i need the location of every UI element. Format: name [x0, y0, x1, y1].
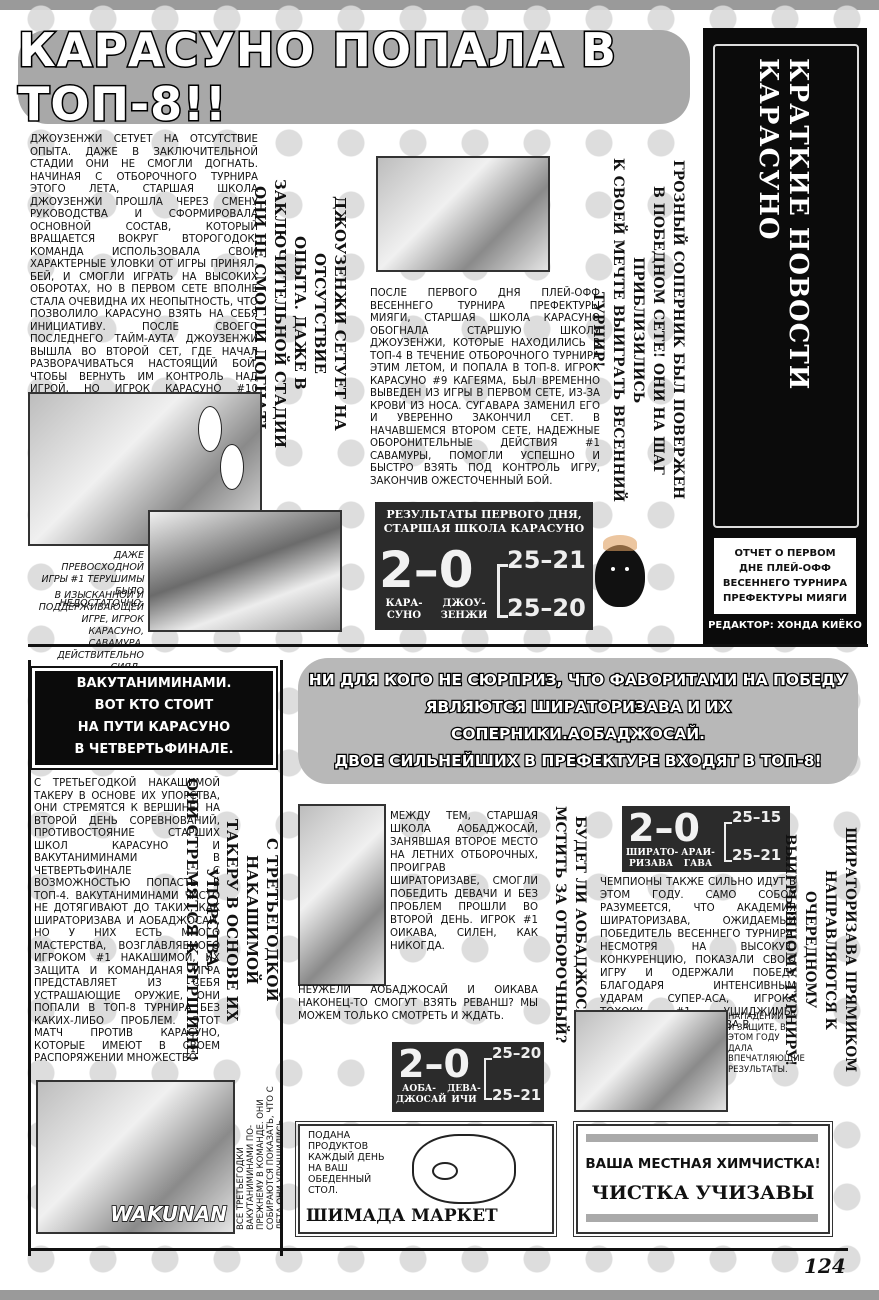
- headline-banner: КАРАСУНО ПОПАЛА В ТОП-8!!: [18, 30, 690, 124]
- speech-bubble: [220, 444, 244, 490]
- ad-shimada-market: Подана продуктов каждый день на ваш обед…: [298, 1124, 554, 1234]
- cleaners-name: ЧИСТКА УЧИЗАВЫ: [578, 1182, 828, 1204]
- headline-line: ГРОЗНЫЙ СОПЕРНИК БЫЛ ПОВЕРЖЕН: [668, 135, 688, 525]
- pig-snout: [432, 1162, 458, 1180]
- aoba-body-2: Неужели Аобаджосай и Оикава наконец-то с…: [298, 984, 538, 1023]
- team-b-label: ДЖОУ- ЗЕНЖИ: [437, 598, 491, 622]
- wakunan-caption: Все третьегодки Вакутаниминами по-прежне…: [236, 1080, 276, 1230]
- team-label-line: ЗЕНЖИ: [437, 610, 491, 622]
- column-border-left: [28, 660, 31, 1256]
- favorites-banner: НИ ДЛЯ КОГО НЕ СЮРПРИЗ, ЧТО ФАВОРИТАМИ Н…: [298, 658, 858, 784]
- manga-panel-kageyama: [376, 156, 550, 272]
- set-bracket: [484, 1058, 492, 1100]
- report-box: ОТЧЕТ О ПЕРВОМ ДНЕ ПЛЕЙ-ОФФ ВЕСЕННЕГО ТУ…: [714, 538, 856, 614]
- scoreboard-title: РЕЗУЛЬТАТЫ ПЕРВОГО ДНЯ, СТАРШАЯ ШКОЛА КА…: [375, 502, 593, 536]
- team-label-line: АОБА-: [396, 1084, 442, 1095]
- report-line: ДНЕ ПЛЕЙ-ОФФ: [723, 561, 847, 576]
- cleaners-tagline: ВАША МЕСТНАЯ ХИМЧИСТКА!: [578, 1156, 828, 1172]
- market-name: ШИМАДА МАРКЕТ: [306, 1206, 498, 1226]
- box-line: ВОТ КТО СТОИТ: [35, 695, 273, 717]
- shira-vertical-headline: ШИРАТОРИЗАВА ПРЯМИКОМ НАПРАВЛЯЮТСЯ К ОЧЕ…: [796, 810, 860, 1090]
- aoba-body: Между тем, старшая школа Аобаджосай, зан…: [390, 810, 538, 953]
- headline-line: НАПРАВЛЯЮТСЯ К ОЧЕРЕДНОМУ: [800, 810, 840, 1090]
- headline-line: ОНИ СТРЕМЯТСЯ К ВЕРШИНЕ!: [182, 775, 202, 1065]
- team-a-label: КАРА- СУНО: [379, 598, 429, 622]
- set-score-2: 25–20: [507, 594, 586, 622]
- manga-panel-wakunan: WAKUNAN: [36, 1080, 235, 1234]
- banner-line: ЯВЛЯЮТСЯ ШИРАТОРИЗАВА И ИХ СОПЕРНИКИ.АОБ…: [425, 698, 730, 743]
- team-label-line: СУНО: [379, 610, 429, 622]
- shira-body: Чемпионы также сильно идут в этом году. …: [600, 876, 796, 1032]
- match-score: 2–0: [628, 806, 700, 850]
- aoba-scoreboard: 2–0 АОБА- ДЖОСАЙ ДЕВА- ИЧИ 25–20 25–21: [392, 1042, 544, 1112]
- team-label-line: ИЧИ: [444, 1095, 484, 1106]
- manga-panel-ushijima: [574, 1010, 728, 1112]
- headline-line: ОПЫТА. ДАЖЕ В ЗАКЛЮЧИТЕЛЬНОЙ СТАДИИ: [270, 148, 310, 478]
- set-score-1: 25–20: [492, 1044, 541, 1062]
- report-line: ОТЧЕТ О ПЕРВОМ: [723, 546, 847, 561]
- footer-divider: [28, 1248, 848, 1251]
- team-a-label: ШИРАТО- РИЗАВА: [626, 848, 676, 870]
- manga-panel-aobajosai: [298, 804, 386, 986]
- team-label-line: ДЖОУ-: [437, 598, 491, 610]
- top-gray-bar: [0, 0, 879, 10]
- headline-line: ШИРАТОРИЗАВА ПРЯМИКОМ: [840, 810, 860, 1090]
- pig-mascot-icon: [412, 1134, 516, 1204]
- wakutani-headline-box: ВАКУТАНИМИНАМИ. ВОТ КТО СТОИТ НА ПУТИ КА…: [32, 668, 276, 768]
- headline-line: ВЫИГРЫШНОМУ ТУРНИРУ!: [780, 810, 800, 1090]
- slogan-line: обеденный: [308, 1174, 385, 1185]
- section-divider: [28, 644, 868, 647]
- slogan-line: продуктов: [308, 1141, 385, 1152]
- set-bracket: [724, 822, 732, 862]
- set-score-1: 25–15: [732, 808, 781, 826]
- set-score-2: 25–21: [492, 1086, 541, 1104]
- headline-line: ТАКЕРУ В ОСНОВЕ ИХ УПОРСТВА,: [202, 775, 242, 1065]
- team-label-line: ДЕВА-: [444, 1084, 484, 1095]
- match-score: 2–0: [379, 542, 474, 598]
- crow-mascot-icon: [595, 545, 645, 607]
- team-b-label: АРАИ- ГАВА: [678, 848, 718, 870]
- sfx-wakunan: WAKUNAN: [110, 1202, 227, 1226]
- page-headline: КАРАСУНО ПОПАЛА В ТОП-8!!: [18, 23, 690, 131]
- team-label-line: ГАВА: [678, 859, 718, 870]
- headline-line: МСТИТЬ ЗА ОТБОРОЧНЫЙ?: [550, 800, 570, 1050]
- hair-tuft: [603, 535, 637, 551]
- slogan-line: Подана: [308, 1130, 385, 1141]
- box-line: ВАКУТАНИМИНАМИ.: [35, 673, 273, 695]
- scoreboard-title-line: СТАРШАЯ ШКОЛА КАРАСУНО: [375, 522, 593, 536]
- box-line: НА ПУТИ КАРАСУНО: [35, 717, 273, 739]
- article2-body: После первого дня плей-офф весеннего тур…: [370, 288, 600, 488]
- ad-stripe: [586, 1134, 818, 1142]
- team-label-line: РИЗАВА: [626, 859, 676, 870]
- caption-sawamura: В изысканной и поддерживающей игре, игро…: [34, 590, 144, 674]
- headline-line: В ПОБЕДНОМ СЕТЕ! ОНИ НА ШАГ ПРИБЛИЗИЛИСЬ: [628, 135, 668, 525]
- team-label-line: АРАИ-: [678, 848, 718, 859]
- bottom-gray-bar: [0, 1290, 879, 1300]
- report-line: ПРЕФЕКТУРЫ МИЯГИ: [723, 591, 847, 606]
- report-line: ВЕСЕННЕГО ТУРНИРА: [723, 576, 847, 591]
- slogan-line: стол.: [308, 1185, 385, 1196]
- set-score-2: 25–21: [732, 846, 781, 864]
- team-b-label: ДЕВА- ИЧИ: [444, 1084, 484, 1106]
- team-label-line: КАРА-: [379, 598, 429, 610]
- set-score-1: 25–21: [507, 546, 586, 574]
- article1-vertical-headline: ДЖОУЗЕНЖИ СЕТУЕТ НА ОТСУТСТВИЕ ОПЫТА. ДА…: [278, 148, 350, 478]
- team-label-line: ДЖОСАЙ: [396, 1095, 442, 1106]
- headline-line: С ТРЕТЬЕГОДКОЙ НАКАШИМОЙ: [242, 775, 282, 1065]
- shiratorizawa-scoreboard: 2–0 ШИРАТО- РИЗАВА АРАИ- ГАВА 25–15 25–2…: [622, 806, 790, 872]
- slogan-line: каждый день: [308, 1152, 385, 1163]
- scoreboard-title-line: РЕЗУЛЬТАТЫ ПЕРВОГО ДНЯ,: [375, 508, 593, 522]
- article3-vertical-headline: С ТРЕТЬЕГОДКОЙ НАКАШИМОЙ ТАКЕРУ В ОСНОВЕ…: [222, 775, 282, 1065]
- headline-line: ДЖОУЗЕНЖИ СЕТУЕТ НА ОТСУТСТВИЕ: [310, 148, 350, 478]
- sidebar-title: КРАТКИЕ НОВОСТИ КАРАСУНО: [753, 58, 813, 518]
- news-sidebar: КРАТКИЕ НОВОСТИ КАРАСУНО ОТЧЕТ О ПЕРВОМ …: [703, 28, 867, 644]
- ad-uchizawa-cleaners: ВАША МЕСТНАЯ ХИМЧИСТКА! ЧИСТКА УЧИЗАВЫ: [576, 1124, 830, 1234]
- banner-line: НИ ДЛЯ КОГО НЕ СЮРПРИЗ, ЧТО ФАВОРИТАМИ Н…: [309, 671, 848, 689]
- team-a-label: АОБА- ДЖОСАЙ: [396, 1084, 442, 1106]
- match-score: 2–0: [398, 1042, 470, 1086]
- manga-panel-receive: [148, 510, 342, 632]
- crow-eye: [611, 567, 615, 571]
- article2-vertical-headline: ГРОЗНЫЙ СОПЕРНИК БЫЛ ПОВЕРЖЕН В ПОБЕДНОМ…: [618, 135, 688, 525]
- slogan-line: на ваш: [308, 1163, 385, 1174]
- banner-line: ДВОЕ СИЛЬНЕЙШИХ В ПРЕФЕКТУРЕ ВХОДЯТ В ТО…: [334, 752, 821, 770]
- editor-credit: РЕДАКТОР: ХОНДА КИЁКО: [703, 620, 867, 631]
- market-slogan: Подана продуктов каждый день на ваш обед…: [308, 1130, 385, 1196]
- page-number: 124: [804, 1254, 846, 1278]
- box-line: В ЧЕТВЕРТЬФИНАЛЕ.: [35, 739, 273, 761]
- crow-eye: [625, 567, 629, 571]
- team-label-line: ШИРАТО-: [626, 848, 676, 859]
- karasuno-scoreboard: РЕЗУЛЬТАТЫ ПЕРВОГО ДНЯ, СТАРШАЯ ШКОЛА КА…: [375, 502, 593, 630]
- ad-stripe: [586, 1214, 818, 1222]
- speech-bubble: [198, 406, 222, 452]
- headline-line: К СВОЕЙ МЕЧТЕ ВЫИГРАТЬ ВЕСЕННИЙ ТУРНИР!: [588, 135, 628, 525]
